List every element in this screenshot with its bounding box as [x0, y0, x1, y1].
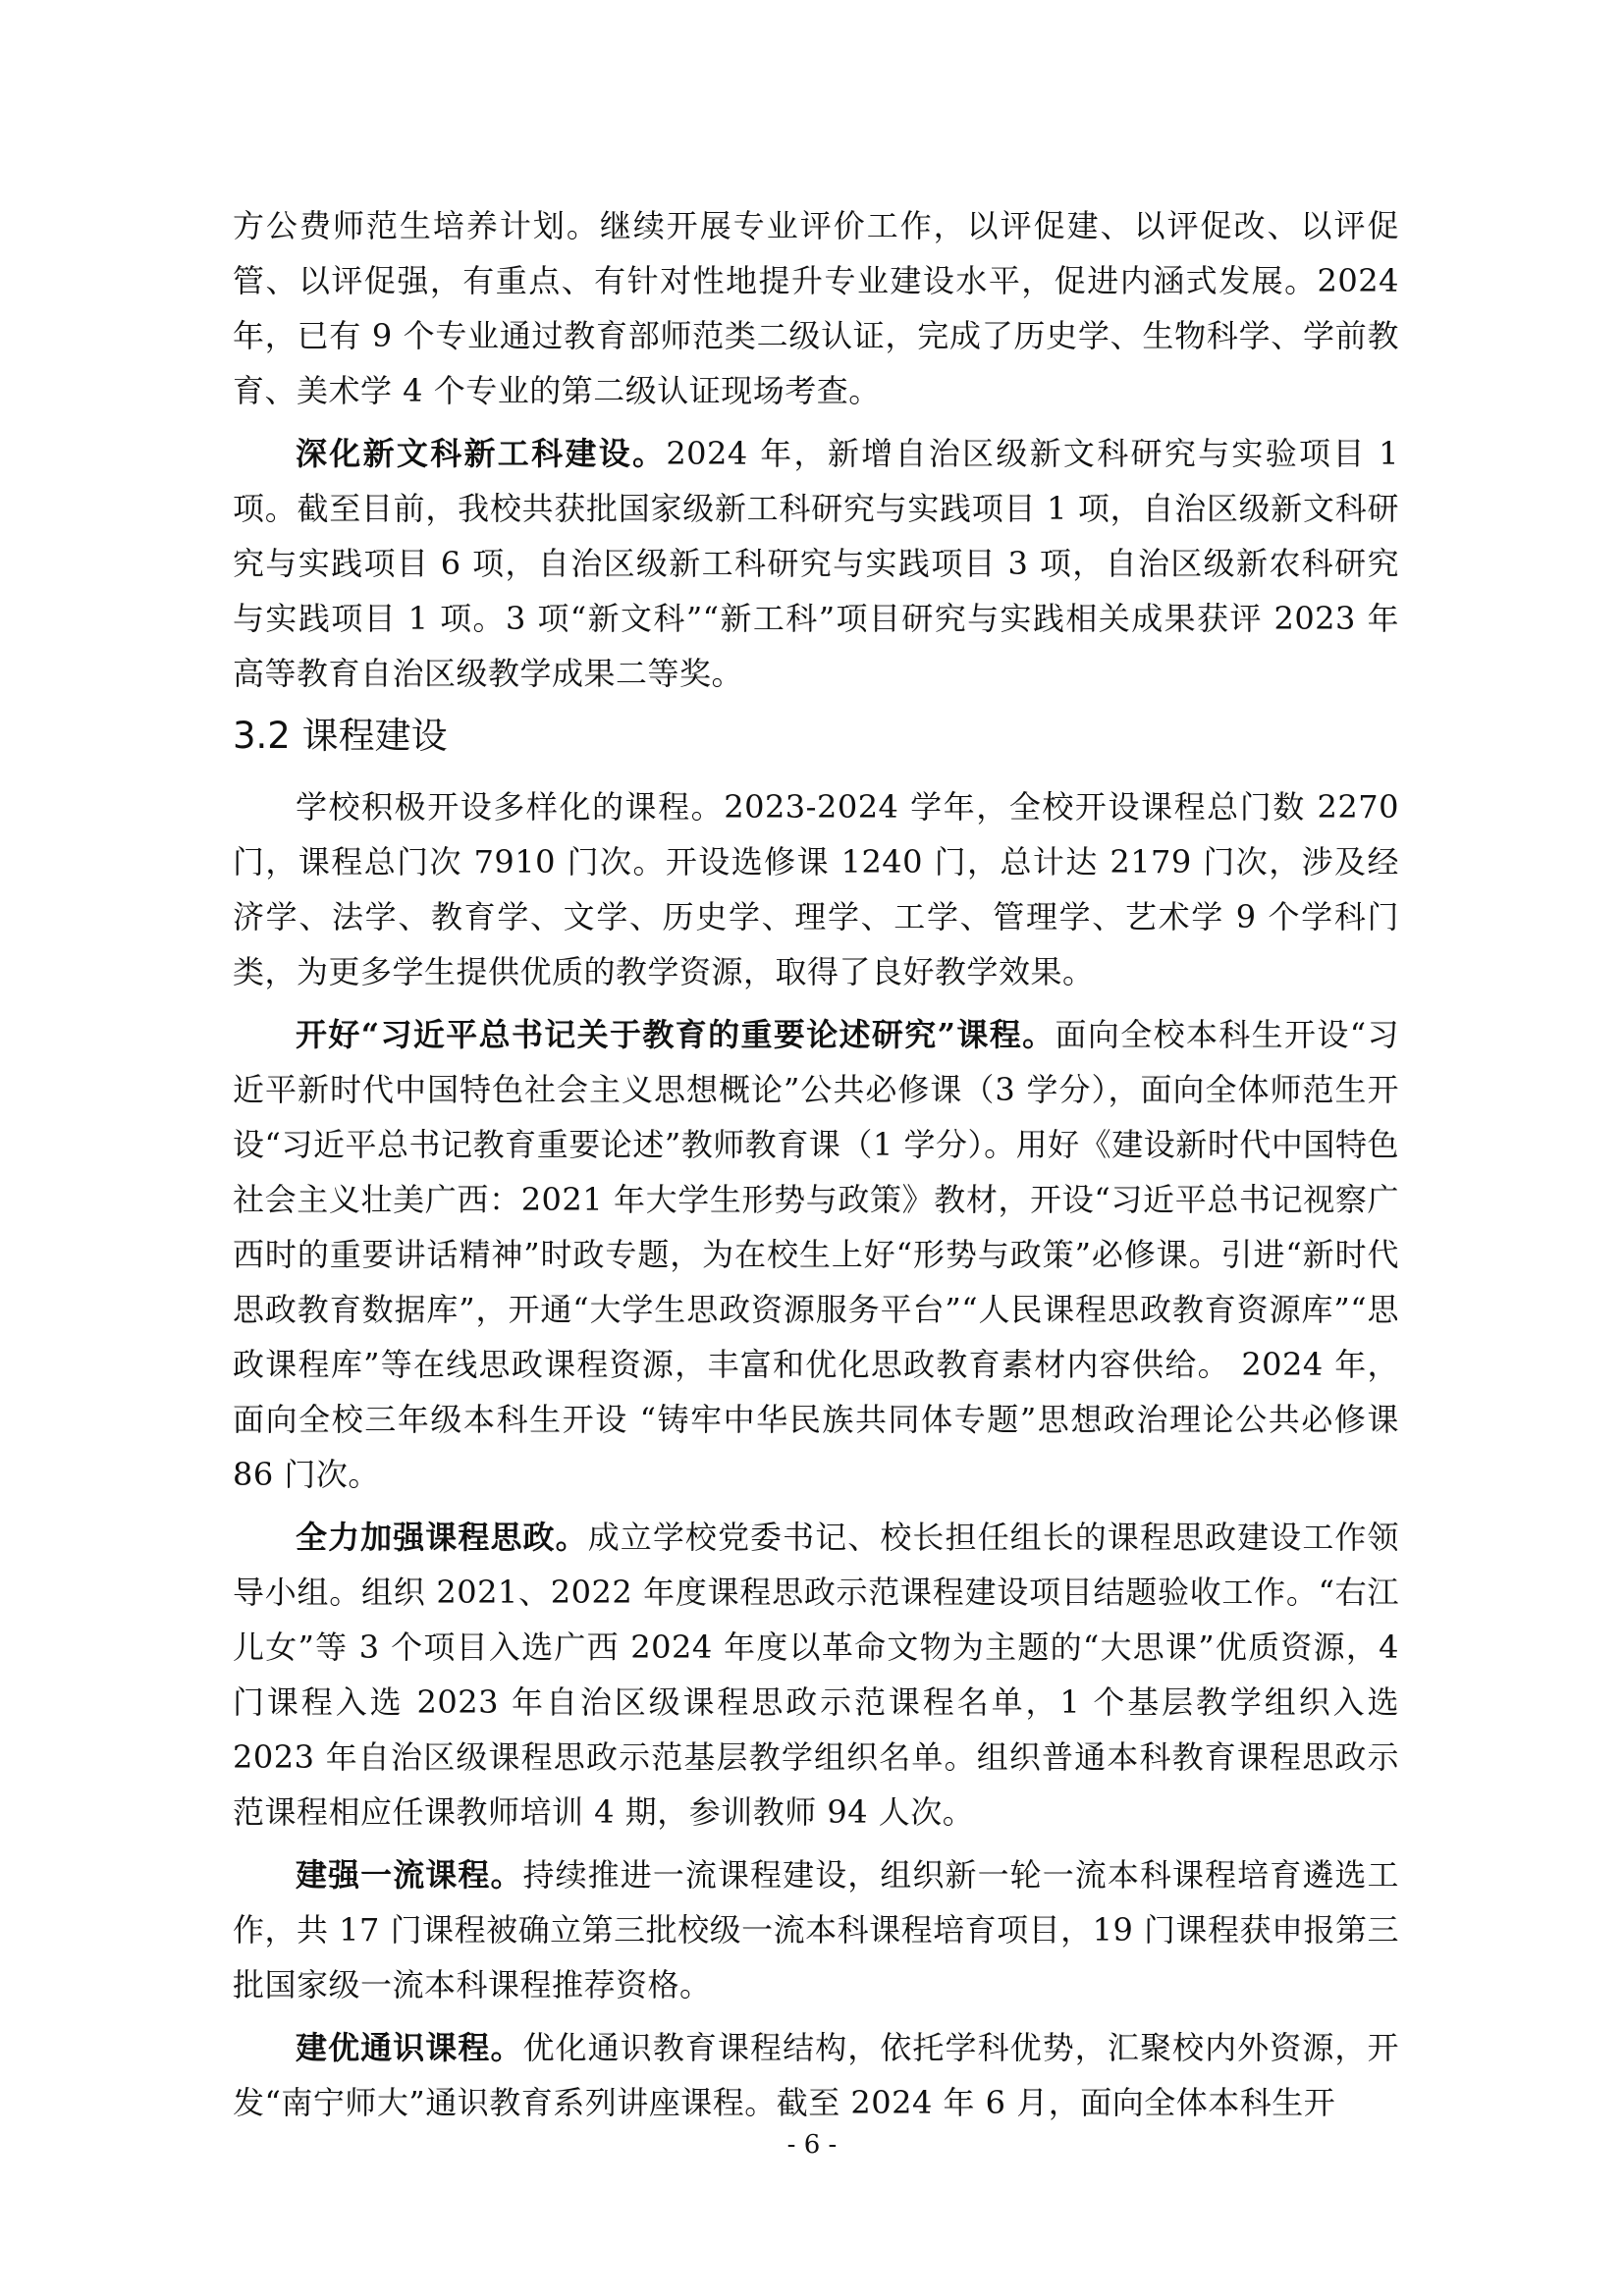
paragraph-lead: 开好“习近平总书记关于教育的重要论述研究”课程。 [296, 1016, 1056, 1053]
paragraph-lead: 建强一流课程。 [296, 1856, 523, 1894]
document-page: 方公费师范生培养计划。继续开展专业评价工作，以评促建、以评促改、以评促管、以评促… [233, 198, 1399, 2130]
page-number: - 6 - [0, 2130, 1624, 2160]
section-heading: 3.2 课程建设 [233, 707, 1399, 766]
paragraph-new-liberal-arts: 深化新文科新工科建设。2024 年，新增自治区级新文科研究与实验项目 1 项。截… [233, 426, 1399, 701]
paragraph-lead: 建优通识课程。 [296, 2029, 523, 2066]
paragraph-text: 学校积极开设多样化的课程。2023-2024 学年，全校开设课程总门数 2270… [233, 788, 1399, 990]
paragraph-text: 方公费师范生培养计划。继续开展专业评价工作，以评促建、以评促改、以评促管、以评促… [233, 207, 1399, 409]
paragraph-first-class-courses: 建强一流课程。持续推进一流课程建设，组织新一轮一流本科课程培育遴选工作，共 17… [233, 1847, 1399, 2012]
paragraph-curriculum-ideology: 全力加强课程思政。成立学校党委书记、校长担任组长的课程思政建设工作领导小组。组织… [233, 1510, 1399, 1840]
paragraph-general-education: 建优通识课程。优化通识教育课程结构，依托学科优势，汇聚校内外资源，开发“南宁师大… [233, 2020, 1399, 2130]
paragraph-lead: 全力加强课程思政。 [296, 1519, 588, 1556]
paragraph-teacher-training-continued: 方公费师范生培养计划。继续开展专业评价工作，以评促建、以评促改、以评促管、以评促… [233, 198, 1399, 418]
paragraph-text: 面向全校本科生开设“习近平新时代中国特色社会主义思想概论”公共必修课（3 学分）… [233, 1016, 1399, 1493]
paragraph-course-overview: 学校积极开设多样化的课程。2023-2024 学年，全校开设课程总门数 2270… [233, 779, 1399, 999]
paragraph-lead: 深化新文科新工科建设。 [296, 435, 666, 472]
paragraph-education-discourse-course: 开好“习近平总书记关于教育的重要论述研究”课程。面向全校本科生开设“习近平新时代… [233, 1007, 1399, 1502]
paragraph-text: 成立学校党委书记、校长担任组长的课程思政建设工作领导小组。组织 2021、202… [233, 1519, 1399, 1831]
paragraph-text: 2024 年，新增自治区级新文科研究与实验项目 1 项。截至目前，我校共获批国家… [233, 435, 1399, 692]
